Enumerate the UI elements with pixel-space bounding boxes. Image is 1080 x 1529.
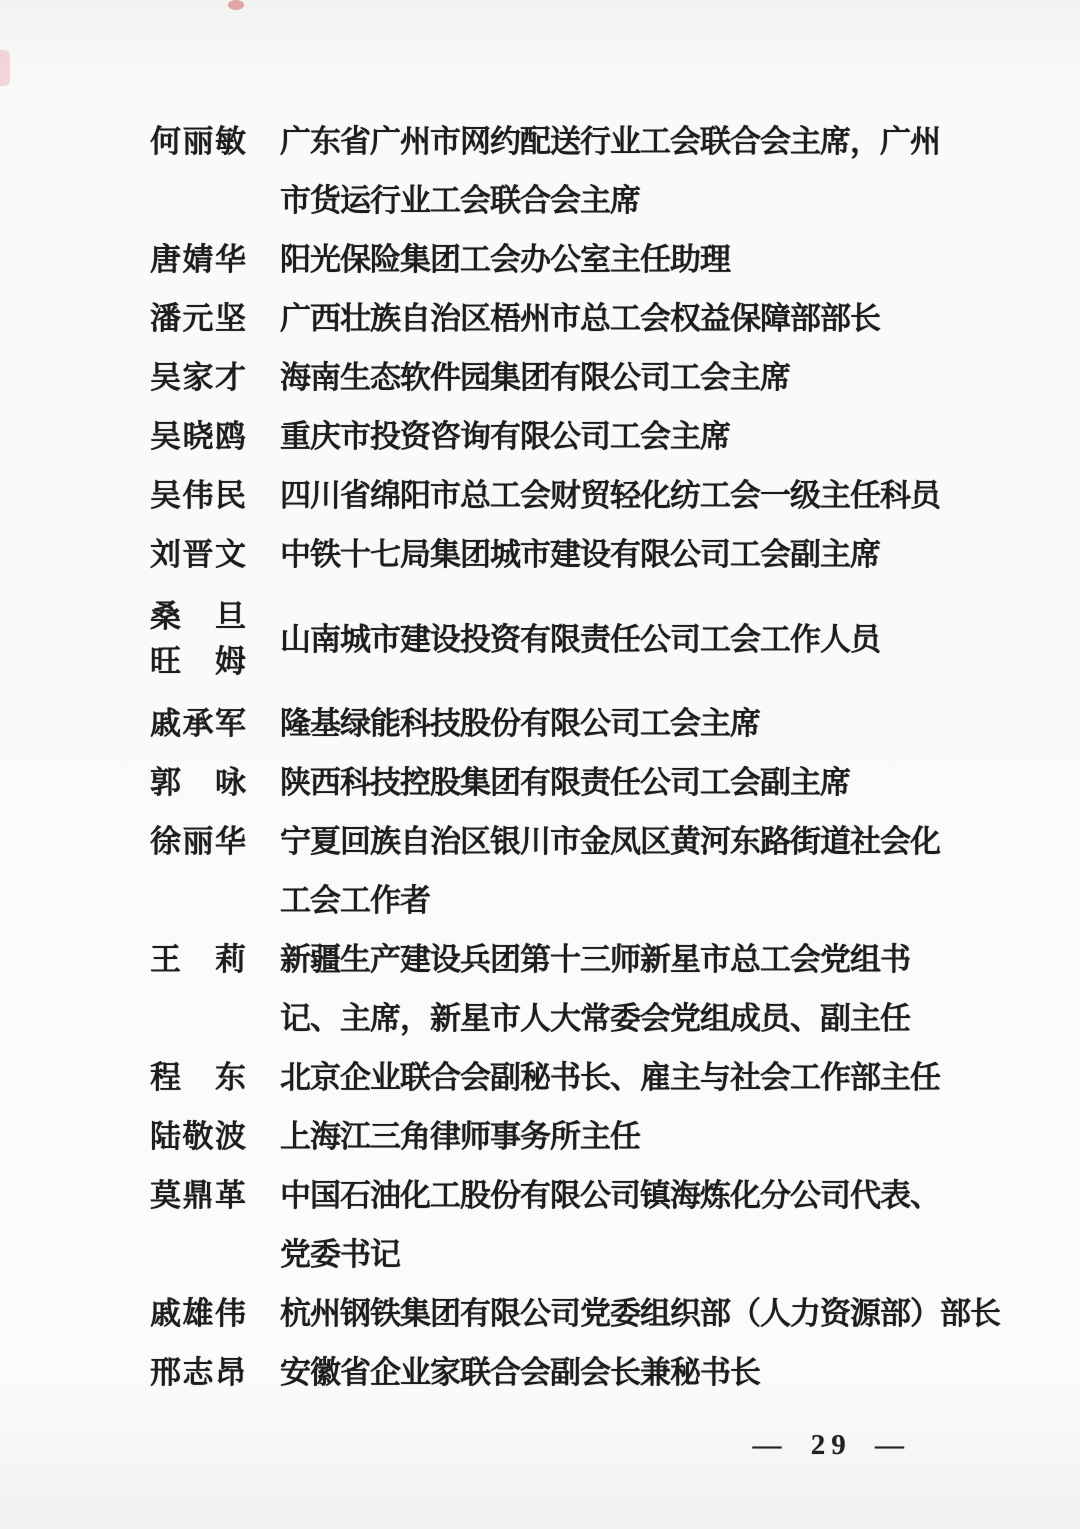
person-name: 桑旦旺姆	[150, 594, 246, 684]
person-name: 戚承军	[150, 694, 246, 753]
person-name-line: 莫鼎革	[150, 1166, 246, 1225]
roster-row: 何丽敏 广东省广州市网约配送行业工会联合会主席，广州市货运行业工会联合会主席	[150, 112, 1080, 230]
person-name: 潘元坚	[150, 289, 246, 348]
person-name-line: 吴家才	[150, 348, 246, 407]
person-position-line: 工会工作者	[280, 871, 960, 930]
person-position: 海南生态软件园集团有限公司工会主席	[280, 348, 960, 407]
roster-row: 郭咏 陕西科技控股集团有限责任公司工会副主席	[150, 753, 1080, 812]
person-position: 上海江三角律师事务所主任	[280, 1107, 960, 1166]
roster-row: 徐丽华 宁夏回族自治区银川市金凤区黄河东路街道社会化工会工作者	[150, 812, 1080, 930]
person-position: 北京企业联合会副秘书长、雇主与社会工作部主任	[280, 1048, 960, 1107]
roster-row: 吴晓鸥 重庆市投资咨询有限公司工会主席	[150, 407, 1080, 466]
roster-row: 桑旦旺姆 山南城市建设投资有限责任公司工会工作人员	[150, 594, 1080, 684]
person-name: 吴晓鸥	[150, 407, 246, 466]
person-name-line: 刘晋文	[150, 525, 246, 584]
person-name-line: 陆敬波	[150, 1107, 246, 1166]
person-position-line: 四川省绵阳市总工会财贸轻化纺工会一级主任科员	[280, 466, 960, 525]
person-position-line: 中国石油化工股份有限公司镇海炼化分公司代表、	[280, 1166, 960, 1225]
person-position-line: 中铁十七局集团城市建设有限公司工会副主席	[280, 525, 960, 584]
person-name: 刘晋文	[150, 525, 246, 584]
person-position: 中国石油化工股份有限公司镇海炼化分公司代表、党委书记	[280, 1166, 960, 1284]
person-position-line: 北京企业联合会副秘书长、雇主与社会工作部主任	[280, 1048, 960, 1107]
roster-row: 刘晋文 中铁十七局集团城市建设有限公司工会副主席	[150, 525, 1080, 584]
roster-row: 唐婧华 阳光保险集团工会办公室主任助理	[150, 230, 1080, 289]
roster-row: 程东 北京企业联合会副秘书长、雇主与社会工作部主任	[150, 1048, 1080, 1107]
person-name-line: 郭咏	[150, 753, 246, 812]
person-position: 重庆市投资咨询有限公司工会主席	[280, 407, 960, 466]
scan-artifact-red	[228, 0, 244, 10]
person-name-line: 程东	[150, 1048, 246, 1107]
roster-row: 戚承军 隆基绿能科技股份有限公司工会主席	[150, 694, 1080, 753]
roster-row: 莫鼎革 中国石油化工股份有限公司镇海炼化分公司代表、党委书记	[150, 1166, 1080, 1284]
person-name-line: 王莉	[150, 930, 246, 989]
person-position-line: 党委书记	[280, 1225, 960, 1284]
roster-row: 潘元坚 广西壮族自治区梧州市总工会权益保障部部长	[150, 289, 1080, 348]
person-position: 广西壮族自治区梧州市总工会权益保障部部长	[280, 289, 960, 348]
person-position-line: 阳光保险集团工会办公室主任助理	[280, 230, 960, 289]
person-position-line: 隆基绿能科技股份有限公司工会主席	[280, 694, 960, 753]
person-position: 陕西科技控股集团有限责任公司工会副主席	[280, 753, 960, 812]
person-position-line: 广西壮族自治区梧州市总工会权益保障部部长	[280, 289, 960, 348]
person-name: 邢志昂	[150, 1343, 246, 1402]
person-position: 宁夏回族自治区银川市金凤区黄河东路街道社会化工会工作者	[280, 812, 960, 930]
person-name: 吴家才	[150, 348, 246, 407]
person-position: 新疆生产建设兵团第十三师新星市总工会党组书记、主席，新星市人大常委会党组成员、副…	[280, 930, 960, 1048]
person-position-line: 杭州钢铁集团有限公司党委组织部（人力资源部）部长	[280, 1284, 960, 1343]
person-name: 王莉	[150, 930, 246, 989]
person-name: 陆敬波	[150, 1107, 246, 1166]
person-position-line: 安徽省企业家联合会副会长兼秘书长	[280, 1343, 960, 1402]
person-name: 戚雄伟	[150, 1284, 246, 1343]
person-name-line: 桑旦	[150, 594, 246, 639]
person-name: 何丽敏	[150, 112, 246, 171]
person-position: 阳光保险集团工会办公室主任助理	[280, 230, 960, 289]
roster-row: 吴伟民 四川省绵阳市总工会财贸轻化纺工会一级主任科员	[150, 466, 1080, 525]
person-position-line: 陕西科技控股集团有限责任公司工会副主席	[280, 753, 960, 812]
person-position: 杭州钢铁集团有限公司党委组织部（人力资源部）部长	[280, 1284, 960, 1343]
person-position: 四川省绵阳市总工会财贸轻化纺工会一级主任科员	[280, 466, 960, 525]
person-name: 吴伟民	[150, 466, 246, 525]
roster-row: 邢志昂 安徽省企业家联合会副会长兼秘书长	[150, 1343, 1080, 1402]
person-name-line: 旺姆	[150, 639, 246, 684]
person-name-line: 戚承军	[150, 694, 246, 753]
person-position-line: 宁夏回族自治区银川市金凤区黄河东路街道社会化	[280, 812, 960, 871]
person-position: 广东省广州市网约配送行业工会联合会主席，广州市货运行业工会联合会主席	[280, 112, 960, 230]
person-position: 中铁十七局集团城市建设有限公司工会副主席	[280, 525, 960, 584]
person-position-line: 记、主席，新星市人大常委会党组成员、副主任	[280, 989, 960, 1048]
person-name-line: 潘元坚	[150, 289, 246, 348]
person-name-line: 何丽敏	[150, 112, 246, 171]
person-position-line: 上海江三角律师事务所主任	[280, 1107, 960, 1166]
person-name: 莫鼎革	[150, 1166, 246, 1225]
roster-row: 王莉 新疆生产建设兵团第十三师新星市总工会党组书记、主席，新星市人大常委会党组成…	[150, 930, 1080, 1048]
person-name-line: 吴伟民	[150, 466, 246, 525]
person-name-line: 邢志昂	[150, 1343, 246, 1402]
person-position: 安徽省企业家联合会副会长兼秘书长	[280, 1343, 960, 1402]
person-position-line: 重庆市投资咨询有限公司工会主席	[280, 407, 960, 466]
person-position-line: 新疆生产建设兵团第十三师新星市总工会党组书	[280, 930, 960, 989]
person-name-line: 徐丽华	[150, 812, 246, 871]
roster-row: 陆敬波 上海江三角律师事务所主任	[150, 1107, 1080, 1166]
person-position: 隆基绿能科技股份有限公司工会主席	[280, 694, 960, 753]
roster-row: 吴家才 海南生态软件园集团有限公司工会主席	[150, 348, 1080, 407]
roster-row: 戚雄伟 杭州钢铁集团有限公司党委组织部（人力资源部）部长	[150, 1284, 1080, 1343]
person-position-line: 海南生态软件园集团有限公司工会主席	[280, 348, 960, 407]
roster-list: 何丽敏 广东省广州市网约配送行业工会联合会主席，广州市货运行业工会联合会主席 唐…	[150, 112, 1080, 1402]
person-name-line: 唐婧华	[150, 230, 246, 289]
person-name: 徐丽华	[150, 812, 246, 871]
page-number: — 29 —	[150, 1416, 1080, 1475]
document-page: 何丽敏 广东省广州市网约配送行业工会联合会主席，广州市货运行业工会联合会主席 唐…	[0, 0, 1080, 1529]
person-position-line: 市货运行业工会联合会主席	[280, 171, 960, 230]
person-position: 山南城市建设投资有限责任公司工会工作人员	[280, 610, 960, 669]
person-name-line: 戚雄伟	[150, 1284, 246, 1343]
person-name-line: 吴晓鸥	[150, 407, 246, 466]
person-position-line: 山南城市建设投资有限责任公司工会工作人员	[280, 610, 960, 669]
scan-artifact-pink	[0, 50, 10, 86]
person-position-line: 广东省广州市网约配送行业工会联合会主席，广州	[280, 112, 960, 171]
person-name: 唐婧华	[150, 230, 246, 289]
person-name: 郭咏	[150, 753, 246, 812]
person-name: 程东	[150, 1048, 246, 1107]
